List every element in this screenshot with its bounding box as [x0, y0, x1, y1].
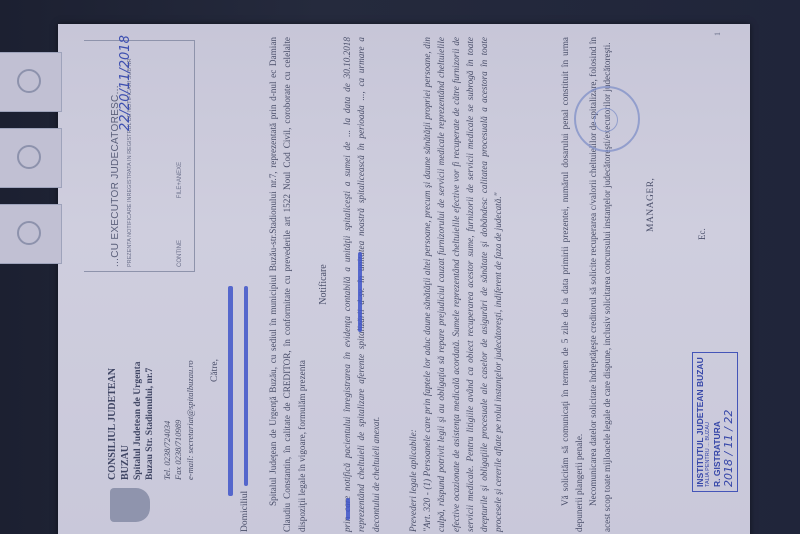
tel: Tel. 0238/724034 [162, 360, 173, 480]
file-label: FILE+ANEXE [177, 162, 183, 199]
org-name: CONSILIUL JUDETEAN [106, 362, 119, 481]
bailiff-stamps [0, 44, 78, 270]
registration-footer: CONTINE FILE+ANEXE [176, 122, 185, 267]
notification-title: Notificare [316, 37, 332, 532]
redaction-scribble [346, 498, 350, 520]
fax: Fax 0238/710989 [173, 360, 184, 480]
document-page: CONSILIUL JUDETEAN BUZAU Spitalul Judete… [84, 32, 724, 532]
recipient-label: Către, [208, 359, 223, 382]
registry-stamp-line3: R. GISTRATURA [712, 357, 722, 487]
intro-paragraph: Spitalul Judeţean de Urgenţă Buzău, cu s… [266, 37, 309, 532]
hospital-address: Buzau Str. Stadionului, nr.7 [144, 362, 156, 481]
contact-block: Tel. 0238/724034 Fax 0238/710989 e-mail:… [162, 360, 196, 480]
registry-stamp-line2: TALIA PENTRU ... BUZAU [705, 357, 712, 487]
round-stamp-icon [574, 86, 640, 152]
signature-title: MANAGER, [644, 178, 659, 232]
registration-box: ...CU EXECUTOR JUDECATORESC... PREZENTA … [84, 40, 195, 272]
letterhead: CONSILIUL JUDETEAN BUZAU Spitalul Judete… [106, 362, 157, 481]
registration-date: 22/20/11/2018 [116, 35, 136, 131]
legal-heading: Prevederi legale aplicabile: [406, 37, 420, 532]
registry-stamp: INSTITUTUL JUDETEAN BUZAU TALIA PENTRU .… [692, 352, 738, 492]
document-sheet: CONSILIUL JUDETEAN BUZAU Spitalul Judete… [58, 24, 750, 534]
registry-stamp-line1: INSTITUTUL JUDETEAN BUZAU [695, 357, 705, 487]
stamp-seal-icon [0, 204, 62, 264]
registry-stamp-date: 2018 / 11 / 22 [722, 357, 735, 487]
redaction-scribble [358, 252, 362, 332]
coat-of-arms-icon [110, 488, 150, 522]
page-mark: 1 [712, 32, 724, 36]
legal-text: "Art. 320 - (1) Persoanele care prin fap… [420, 37, 506, 532]
hospital-name: Spitalul Judetean de Urgenta [132, 362, 144, 481]
domicile-label: Domiciliul [238, 491, 253, 532]
email: e-mail: secretariat@spitalbuzau.ro [185, 360, 196, 480]
contine-label: CONTINE [177, 240, 183, 267]
signature-name: Ec. [696, 228, 710, 240]
redaction-scribble [244, 286, 248, 486]
redaction-scribble [228, 286, 233, 496]
stamp-seal-icon [0, 128, 62, 188]
stamp-seal-icon [0, 52, 62, 112]
org-city: BUZAU [119, 362, 132, 481]
